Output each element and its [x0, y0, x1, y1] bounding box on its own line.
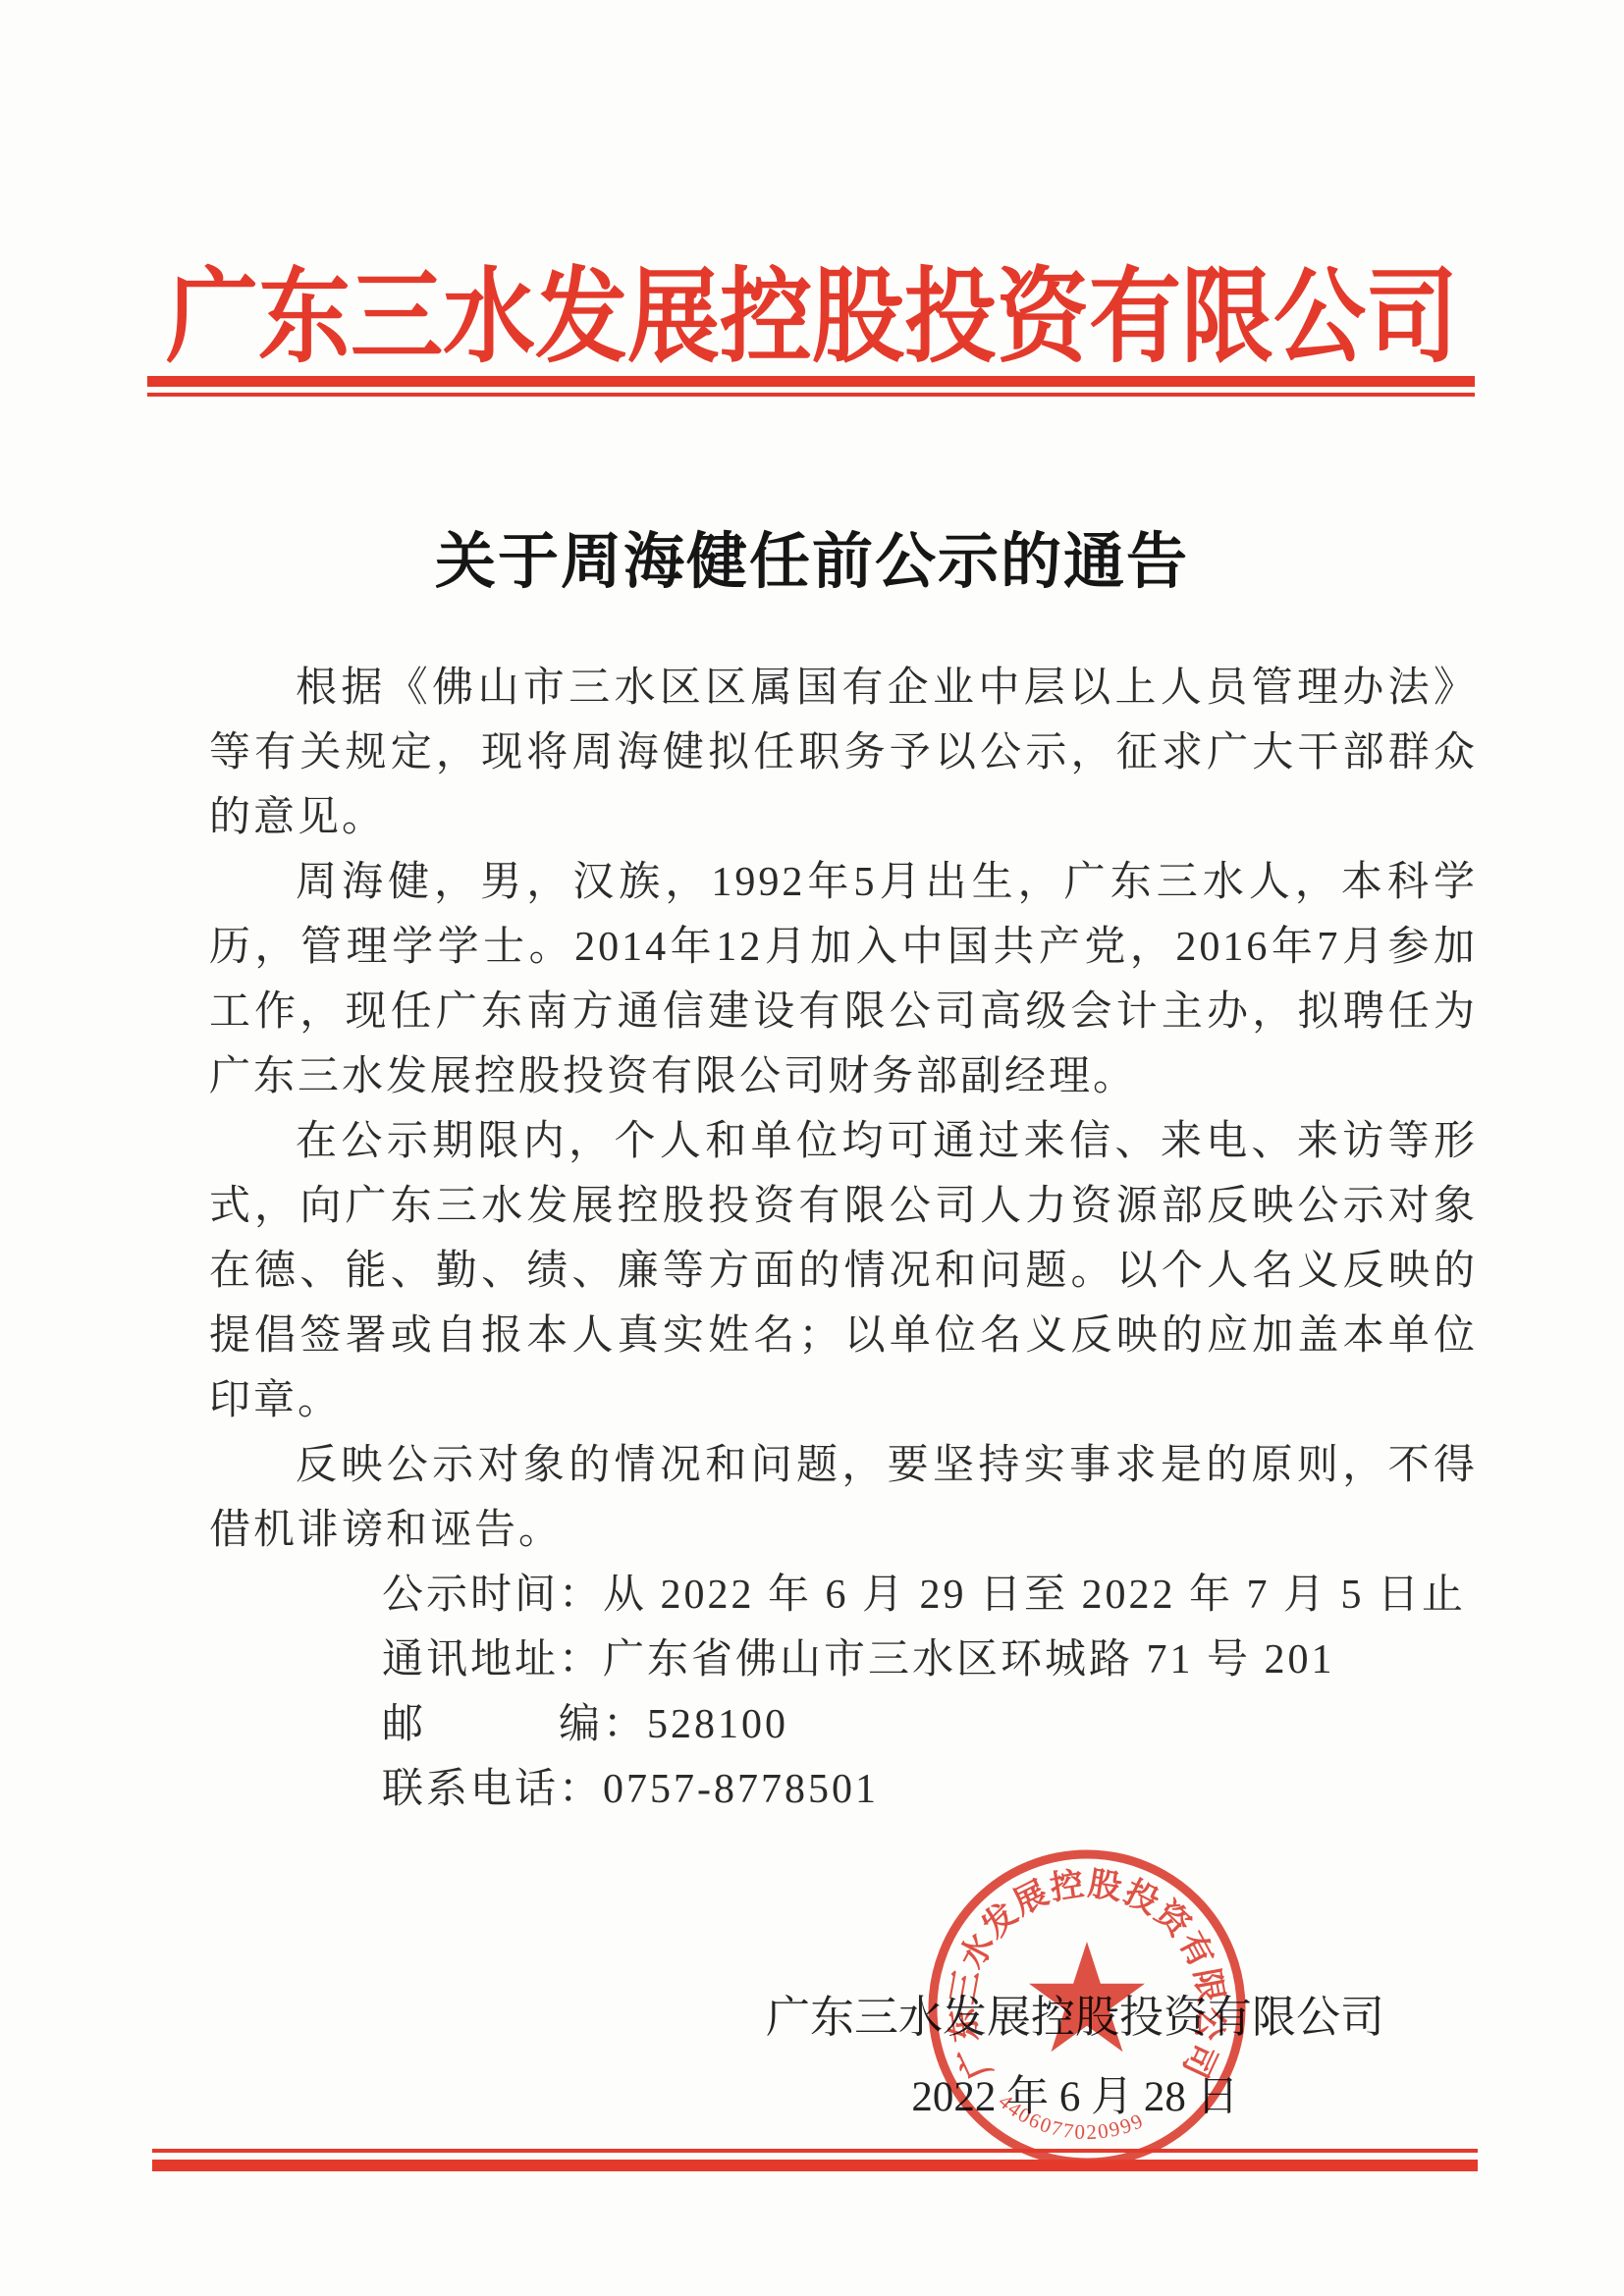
document-page: 广东三水发展控股投资有限公司 关于周海健任前公示的通告 根据《佛山市三水区区属国…	[0, 0, 1624, 2296]
company-seal: 广东三水发展控股投资有限公司 4406077020999	[920, 1842, 1254, 2175]
phone-line: 联系电话：0757-8778501	[209, 1757, 1478, 1822]
header-rule-thin	[147, 393, 1475, 397]
header-rule-thick	[147, 376, 1475, 387]
postcode-line: 邮 编：528100	[209, 1692, 1478, 1757]
document-body: 根据《佛山市三水区区属国有企业中层以上人员管理办法》等有关规定，现将周海健拟任职…	[209, 656, 1478, 1822]
footer-rule-thick	[152, 2160, 1478, 2171]
letterhead-company-name: 广东三水发展控股投资有限公司	[0, 234, 1624, 382]
body-paragraph-3: 在公示期限内，个人和单位均可通过来信、来电、来访等形式，向广东三水发展控股投资有…	[209, 1109, 1478, 1433]
address-line: 通讯地址：广东省佛山市三水区环城路 71 号 201	[209, 1628, 1478, 1692]
seal-star-icon	[1029, 1942, 1145, 2052]
document-title: 关于周海健任前公示的通告	[0, 512, 1624, 600]
body-paragraph-4: 反映公示对象的情况和问题，要坚持实事求是的原则，不得借机诽谤和诬告。	[209, 1433, 1478, 1563]
seal-code-text: 4406077020999	[994, 2090, 1148, 2145]
footer-rule-thin	[152, 2149, 1478, 2153]
body-paragraph-1: 根据《佛山市三水区区属国有企业中层以上人员管理办法》等有关规定，现将周海健拟任职…	[209, 656, 1478, 850]
publicity-period-line: 公示时间：从 2022 年 6 月 29 日至 2022 年 7 月 5 日止	[209, 1563, 1478, 1628]
body-paragraph-2: 周海健，男，汉族，1992年5月出生，广东三水人，本科学历，管理学学士。2014…	[209, 850, 1478, 1109]
